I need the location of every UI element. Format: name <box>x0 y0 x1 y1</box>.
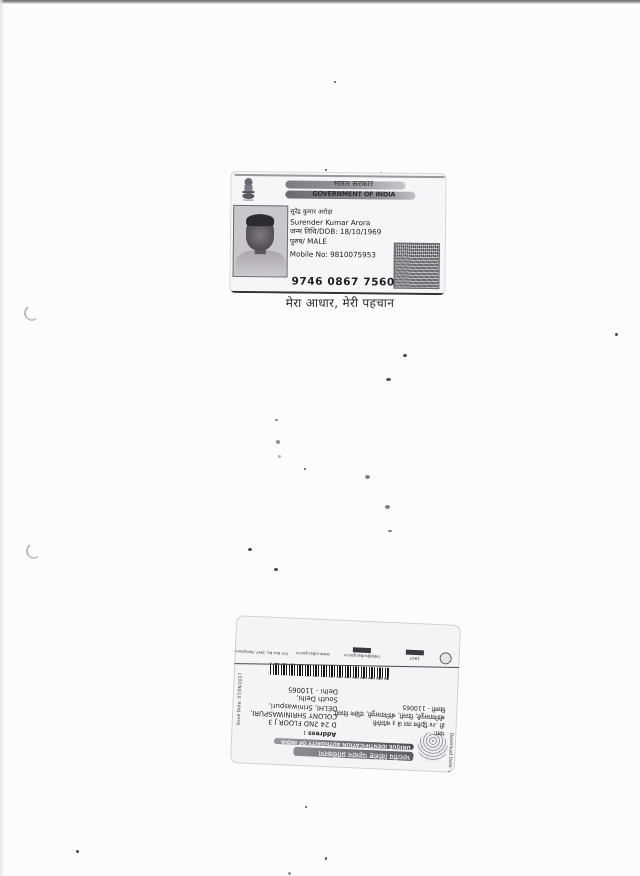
speck <box>288 872 291 875</box>
speck <box>386 378 391 381</box>
speck <box>385 505 390 509</box>
speck <box>76 850 79 853</box>
government-english: GOVERNMENT OF INDIA <box>312 190 395 199</box>
speck <box>325 169 327 171</box>
card-slogan: मेरा आधार, मेरी पहचान <box>250 294 430 311</box>
mobile-value: 9810075953 <box>330 250 376 259</box>
scanner-edge <box>0 0 640 4</box>
speck <box>615 333 618 336</box>
name-hindi: सुरेंद्र कुमार अरोड़ा <box>290 207 381 218</box>
speck <box>334 81 336 83</box>
speck <box>248 548 252 551</box>
speck <box>325 857 327 860</box>
po-box-text: P.O. Box No. 1947, Bengaluru-560 001 <box>230 648 288 655</box>
issue-date-label: Issue Date: <box>237 700 243 726</box>
speck <box>278 455 281 458</box>
mobile-row: Mobile No: 9810075953 <box>290 250 381 261</box>
national-emblem-icon <box>240 177 256 201</box>
download-date-value: 27/06/2017 <box>446 770 452 773</box>
website-text: www.uidai.gov.in <box>296 651 330 657</box>
speck <box>388 530 392 532</box>
download-date-label: Download Date: <box>447 733 454 769</box>
scanner-left-shadow <box>0 0 4 876</box>
address-english: D 24 2ND FLOOR J 3 COLONY SHRINIWASPURI,… <box>250 684 339 729</box>
footer-helpline: 1947 <box>406 650 424 662</box>
speck <box>365 475 370 479</box>
address-label: Address : <box>303 729 336 737</box>
aadhaar-card-front: भारत सरकार GOVERNMENT OF INDIA सुरेंद्र … <box>229 171 446 295</box>
dob-label: जन्म तिथि/DOB: <box>290 227 338 236</box>
speck <box>304 468 306 470</box>
gender-label: पुरुष/ <box>290 236 305 245</box>
government-hindi: भारत सरकार <box>333 178 373 189</box>
footer-email: help@uidai.gov.in <box>344 647 380 660</box>
holder-photo <box>233 205 289 278</box>
issue-date: Download Date: 27/06/2017 <box>446 733 454 773</box>
address-hindi: पता: डी .२४ द्वितीय तल जे ३ कॉलोनी श्रीन… <box>332 699 446 736</box>
footer-website: www.uidai.gov.in <box>296 651 330 657</box>
qr-code <box>393 243 439 289</box>
dob-value: 18/10/1969 <box>340 227 382 236</box>
issue-date-value: 07/06/2017 <box>238 673 244 699</box>
footer-po-box: P.O. Box No. 1947, Bengaluru-560 001 <box>230 648 288 655</box>
issue-date-right: Issue Date: 07/06/2017 <box>237 673 244 726</box>
punch-hole-mark <box>25 542 44 561</box>
uidai-hindi: भारतीय विशिष्ट पहचान प्राधिकरण <box>319 748 411 762</box>
speck <box>274 568 278 571</box>
aadhaar-number: 9746 0867 7560 <box>291 276 395 289</box>
punch-hole-mark <box>23 304 42 323</box>
speck <box>275 419 278 421</box>
speck <box>403 354 407 357</box>
aadhaar-card-back: भारतीय विशिष्ट पहचान प्राधिकरण UNIQUE ID… <box>230 615 461 773</box>
speck <box>305 806 307 808</box>
holder-details: सुरेंद्र कुमार अरोड़ा Surender Kumar Aro… <box>290 207 382 260</box>
gender-value: MALE <box>307 236 327 245</box>
helpline-number: 1947 <box>409 656 419 661</box>
mobile-label: Mobile No: <box>290 250 328 259</box>
speck <box>276 440 280 444</box>
gender-row: पुरुष/ MALE <box>290 236 381 247</box>
email-text: help@uidai.gov.in <box>344 653 380 660</box>
aadhaar-small-logo-icon <box>439 652 452 665</box>
